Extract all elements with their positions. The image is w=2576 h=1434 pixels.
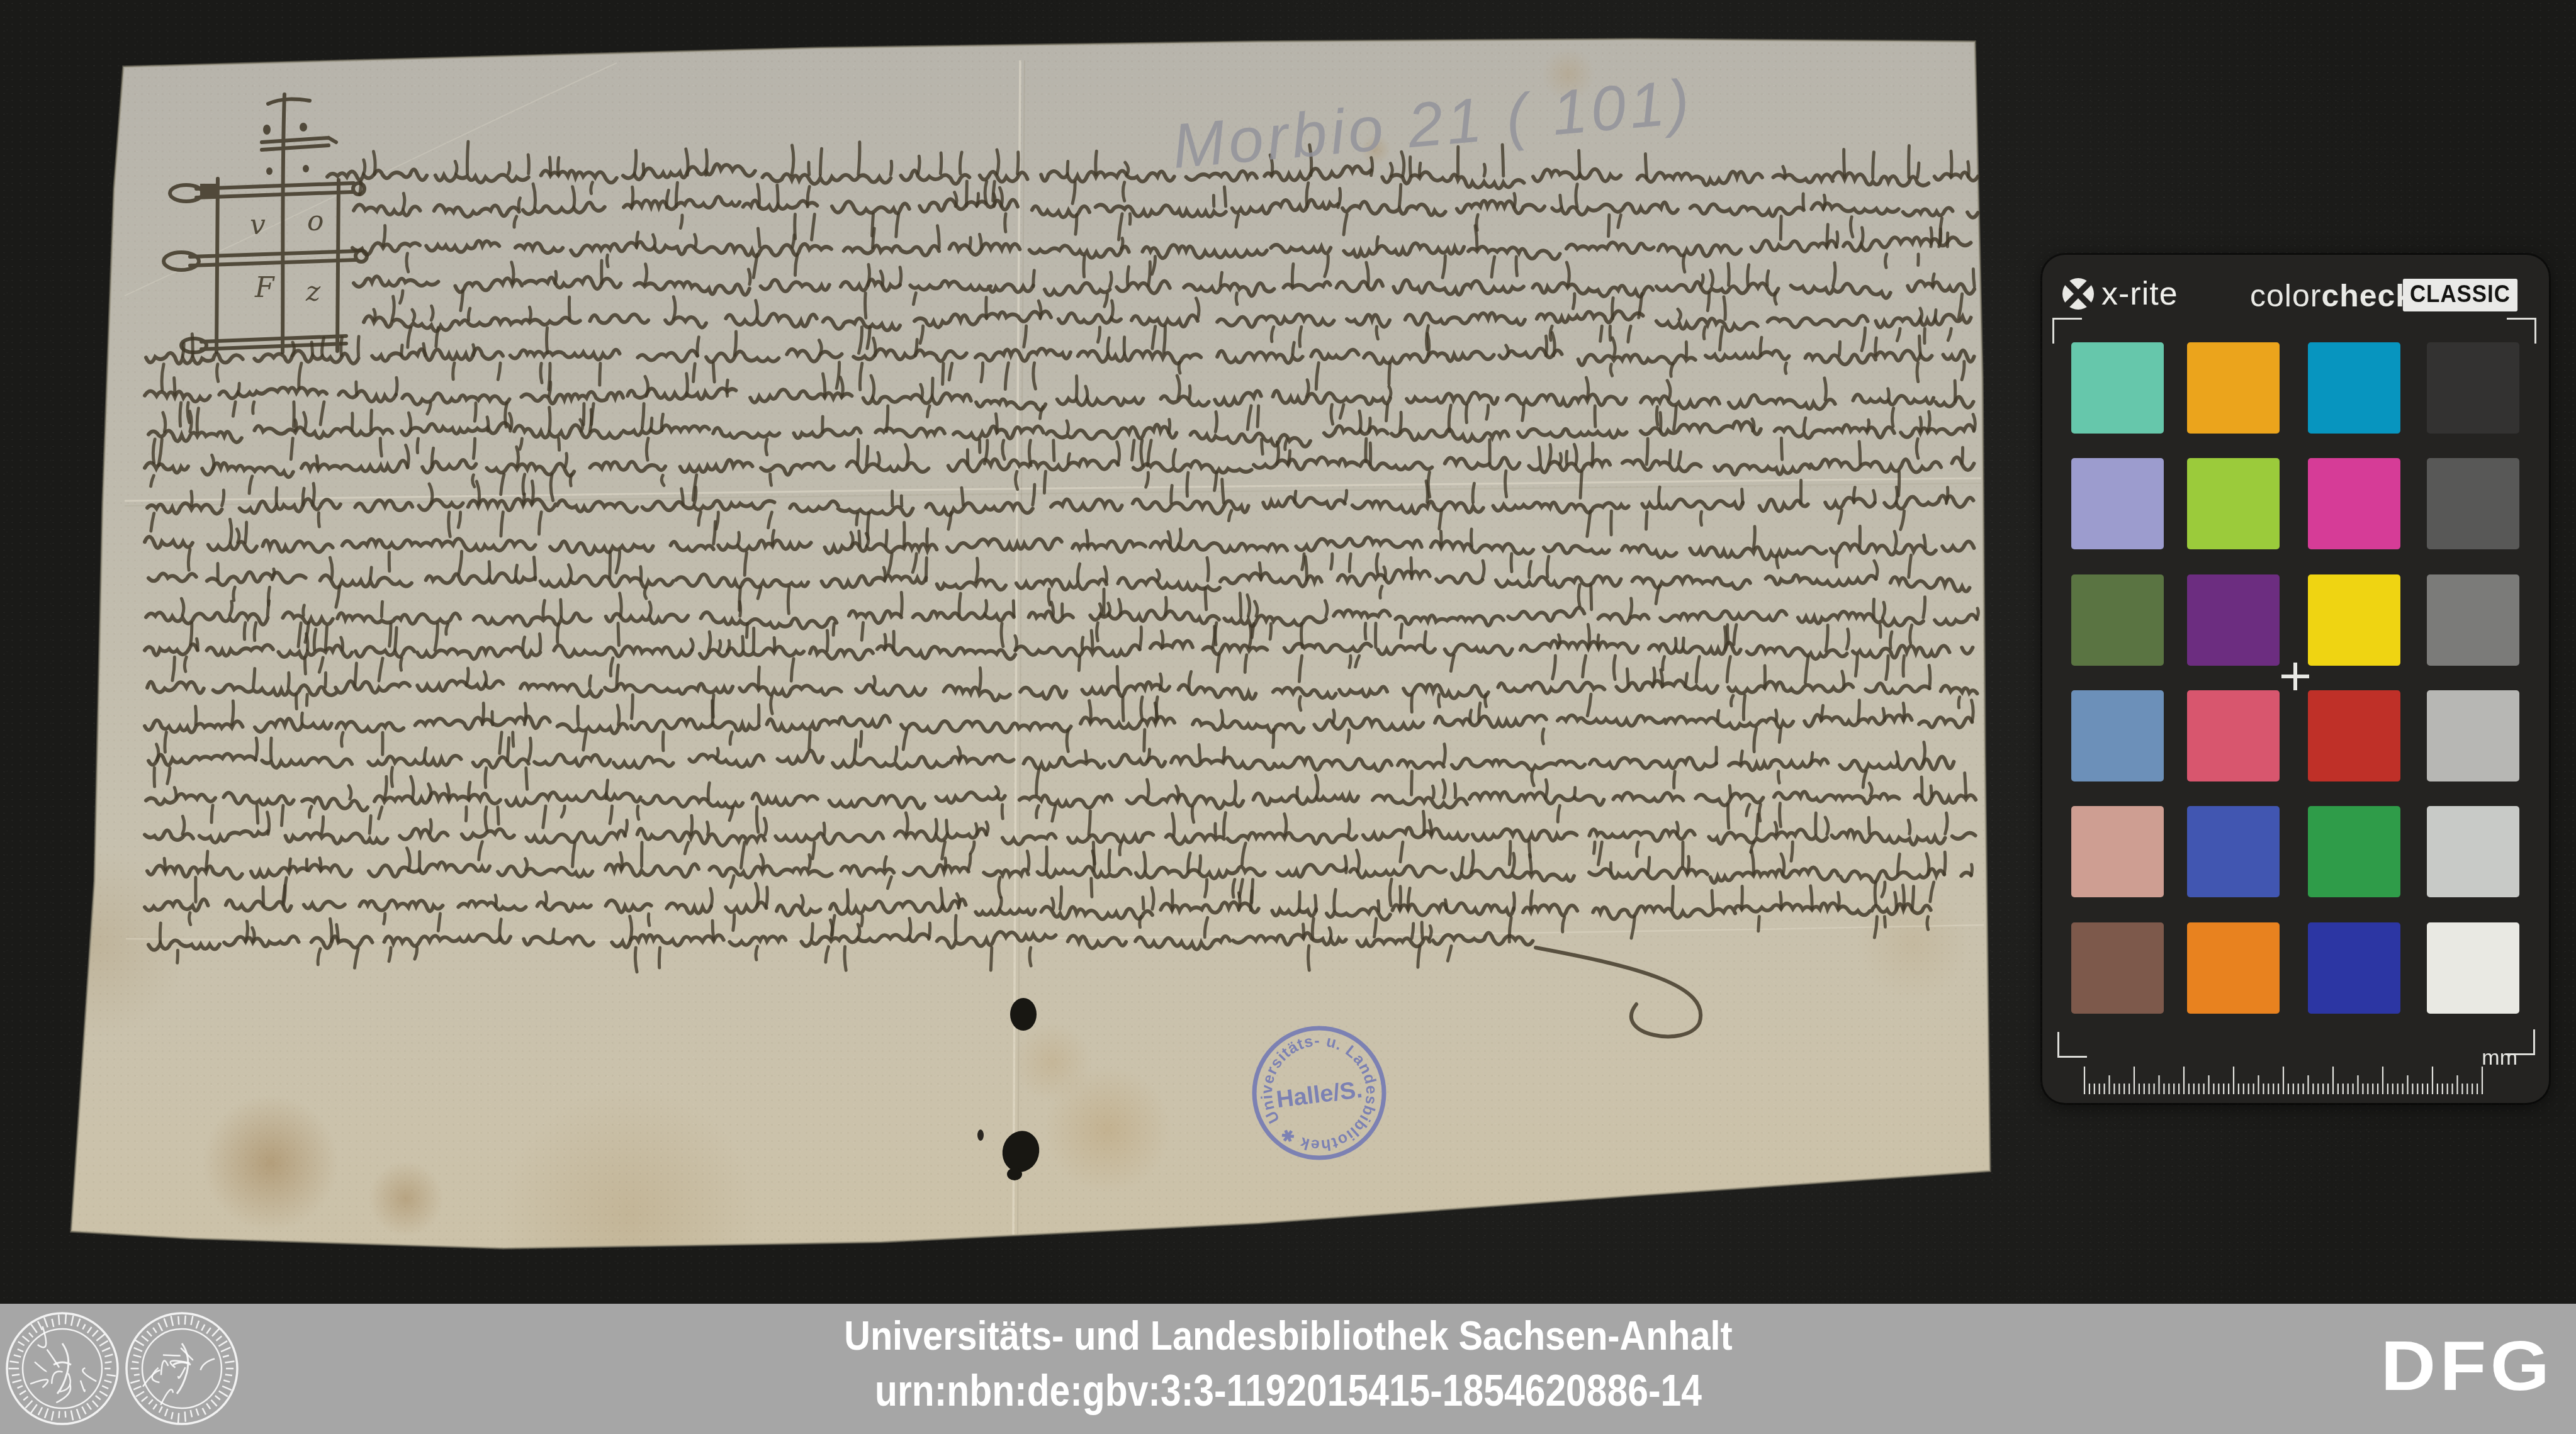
seal-detail	[77, 1319, 80, 1327]
notary-mark: v o F z	[164, 94, 367, 352]
seal-detail	[211, 1400, 217, 1406]
seal-detail	[165, 1409, 167, 1416]
seal-detail	[82, 1325, 85, 1330]
footer-bar: Universitäts- und Landesbibliothek Sachs…	[0, 1304, 2576, 1434]
seal-detail	[142, 1396, 148, 1401]
script-line	[149, 422, 1974, 447]
seal-detail	[96, 1334, 104, 1341]
seal-detail	[219, 1391, 228, 1397]
script-line	[146, 791, 1976, 810]
seal-detail	[77, 1409, 81, 1419]
footer-urn: urn:nbn:de:gbv:3:3-1192015415-1854620886…	[875, 1365, 1702, 1416]
seal-detail	[14, 1355, 21, 1357]
seal-detail	[23, 1336, 30, 1342]
color-patch	[2187, 922, 2280, 1014]
seal-detail	[38, 1321, 42, 1330]
script-line	[149, 932, 1701, 1036]
seal-detail	[71, 1316, 73, 1326]
seal-detail	[134, 1374, 140, 1375]
seal-detail	[130, 1381, 140, 1383]
seal-detail	[82, 1368, 96, 1381]
classic-badge: CLASSIC	[2403, 279, 2517, 311]
seal-detail	[30, 1379, 48, 1387]
seal-detail	[31, 1404, 37, 1413]
seal-detail	[200, 1358, 215, 1370]
script-line	[352, 237, 1971, 259]
footer-institution: Universitäts- und Landesbibliothek Sachs…	[844, 1313, 1732, 1359]
color-patch	[2427, 922, 2519, 1014]
seal-detail	[82, 1407, 86, 1414]
script-line	[354, 197, 1978, 218]
color-patch	[2308, 690, 2400, 781]
seal-detail	[31, 1325, 37, 1333]
color-patch	[2308, 922, 2400, 1014]
color-patch	[2071, 574, 2164, 666]
seal-detail	[12, 1374, 20, 1375]
seal-detail	[185, 1316, 186, 1325]
notary-letter: v	[250, 209, 266, 241]
color-patch	[2187, 806, 2280, 897]
script-line	[146, 348, 1974, 365]
seal-detail	[52, 1319, 54, 1327]
color-patch	[2308, 342, 2400, 434]
script-line	[354, 276, 1974, 298]
seal-detail	[142, 1329, 222, 1408]
stamp-center-text: Halle/S.	[1275, 1077, 1364, 1113]
xrite-brand-label: x-rite	[2101, 275, 2178, 313]
script-line	[145, 537, 1974, 559]
color-patch	[2308, 806, 2400, 897]
seal-detail	[178, 1367, 185, 1378]
seal-detail	[196, 1321, 199, 1328]
seal-detail	[178, 1413, 179, 1423]
seal-detail	[127, 1313, 237, 1424]
script-line	[145, 827, 1976, 846]
seal-detail	[18, 1386, 23, 1388]
seal-detail	[164, 1318, 167, 1327]
dfg-logo: DFG	[2380, 1325, 2553, 1406]
seal-detail	[132, 1362, 139, 1362]
seal-detail	[206, 1328, 211, 1333]
script-line-strokes	[164, 847, 1972, 905]
seal-detail	[212, 1328, 220, 1336]
script-line	[145, 388, 1974, 410]
seal-detail	[222, 1386, 232, 1390]
seal-detail	[59, 1314, 59, 1325]
script-line	[327, 164, 1978, 189]
seal-detail	[23, 1329, 102, 1408]
seal-detail	[201, 1325, 205, 1331]
seal-detail	[65, 1411, 66, 1418]
seal-detail	[87, 1327, 92, 1333]
seal-detail	[35, 1362, 47, 1371]
seal-detail	[133, 1386, 141, 1389]
color-patch	[2071, 342, 2164, 434]
seal-detail	[225, 1362, 234, 1363]
seal-detail	[163, 1355, 181, 1355]
seal-detail	[153, 1328, 157, 1333]
color-patch	[2071, 806, 2164, 897]
color-checker-card: x-rite colorchecker CLASSIC mm	[2042, 255, 2549, 1103]
seal-detail	[218, 1341, 227, 1346]
seal-detail	[196, 1409, 199, 1416]
scan-stage: v o F z Morbio 21 ( 101) Universitäts- u…	[0, 0, 2576, 1434]
seal-detail	[81, 1381, 85, 1391]
color-patch	[2071, 922, 2164, 1014]
seal-detail	[135, 1340, 143, 1346]
seal-detail	[191, 1410, 192, 1417]
seal-detail	[106, 1375, 115, 1376]
seal-detail	[65, 1314, 66, 1325]
script-line-strokes	[160, 916, 1451, 972]
color-patch	[2308, 574, 2400, 666]
color-patch	[2071, 690, 2164, 781]
color-patch	[2427, 806, 2519, 897]
seal-detail	[134, 1348, 142, 1352]
seal-detail	[159, 1406, 162, 1413]
seal-detail	[153, 1404, 157, 1409]
script-line-strokes	[218, 556, 1877, 614]
script-line	[145, 899, 1931, 920]
seal-detail	[147, 1331, 152, 1336]
seal-detail	[142, 1336, 149, 1342]
color-patch	[2187, 690, 2280, 781]
seal-detail	[191, 1316, 193, 1325]
seal-detail	[178, 1316, 179, 1325]
seal-detail	[71, 1411, 73, 1421]
seal-detail	[93, 1401, 98, 1407]
script-line	[147, 496, 1974, 515]
mm-ruler	[2067, 1040, 2527, 1098]
ruler-unit-label: mm	[2482, 1046, 2517, 1070]
footer-text-block: Universitäts- und Landesbibliothek Sachs…	[794, 1304, 1781, 1434]
seal-detail	[7, 1313, 118, 1424]
seal-detail	[105, 1362, 112, 1362]
seal-detail	[215, 1396, 220, 1400]
seal-detail	[13, 1380, 22, 1382]
color-patch	[2071, 458, 2164, 549]
seal-detail	[87, 1403, 91, 1409]
xrite-logo-icon	[2061, 277, 2095, 311]
notary-letter: z	[305, 276, 321, 308]
seal-detail	[223, 1355, 229, 1357]
colorchecker-title-light: color	[2250, 278, 2321, 313]
crop-mark-top-left	[2052, 318, 2082, 344]
crop-mark-top-right	[2507, 318, 2536, 344]
seal-detail	[20, 1391, 26, 1394]
seal-detail	[225, 1374, 232, 1375]
color-patch	[2308, 458, 2400, 549]
manuscript-text-lines	[145, 142, 1978, 1036]
seal-detail	[99, 1341, 108, 1346]
university-seal-icon	[3, 1309, 122, 1428]
seal-detail	[18, 1349, 23, 1352]
seal-detail	[59, 1411, 60, 1418]
seal-detail	[206, 1403, 210, 1409]
seal-detail	[18, 1342, 25, 1345]
script-line	[364, 311, 1971, 331]
seal-detail	[133, 1355, 142, 1357]
parchment-holes	[977, 998, 1044, 1180]
color-patch	[2427, 342, 2519, 434]
seal-detail	[160, 1389, 173, 1405]
seal-detail	[38, 1407, 42, 1414]
seal-detail	[99, 1391, 108, 1396]
color-patch	[2427, 690, 2519, 781]
seal-detail	[223, 1381, 230, 1382]
seal-detail	[216, 1336, 222, 1341]
seal-detail	[102, 1348, 110, 1352]
color-patch	[2427, 458, 2519, 549]
center-cross-mark	[2281, 663, 2309, 690]
university-seal-icon	[122, 1309, 242, 1428]
seal-detail	[221, 1347, 230, 1352]
seal-detail	[171, 1316, 173, 1326]
seal-detail	[136, 1391, 144, 1396]
seal-detail	[149, 1399, 153, 1404]
notary-letter: F	[254, 272, 275, 304]
seal-detail	[158, 1323, 162, 1331]
seal-detail	[29, 1333, 33, 1337]
seal-detail	[104, 1355, 113, 1357]
seal-detail	[52, 1411, 53, 1421]
script-line	[149, 751, 1954, 771]
parchment-edge	[71, 39, 1990, 1248]
script-line	[145, 715, 1972, 734]
color-patch	[2187, 574, 2280, 666]
seal-detail	[23, 1396, 28, 1400]
seal-detail	[25, 1401, 32, 1408]
seal-detail	[52, 1371, 62, 1384]
color-patch	[2427, 574, 2519, 666]
pencil-inscription: Morbio 21 ( 101)	[1169, 66, 1696, 182]
seal-detail	[44, 1318, 47, 1327]
seal-detail	[185, 1411, 186, 1421]
seal-detail	[96, 1396, 101, 1399]
seal-detail	[171, 1412, 172, 1419]
script-line	[149, 570, 1969, 591]
script-line-strokes	[174, 773, 1966, 832]
seal-detail	[104, 1381, 112, 1382]
seal-detail	[173, 1343, 191, 1394]
notary-letter: o	[307, 205, 324, 237]
seal-detail	[47, 1350, 60, 1368]
script-line	[145, 457, 1974, 478]
seal-detail	[161, 1361, 168, 1375]
seal-detail	[93, 1330, 98, 1336]
xrite-brand: x-rite	[2061, 275, 2178, 313]
color-patch	[2187, 342, 2280, 434]
color-patch	[2187, 458, 2280, 549]
seal-detail	[102, 1386, 108, 1388]
library-stamp: Universitäts- u. Landesbibliothek ✱ Hall…	[1234, 1007, 1405, 1179]
seal-detail	[45, 1408, 48, 1418]
seal-detail	[203, 1408, 206, 1414]
seal-detail	[9, 1362, 18, 1363]
script-line	[147, 680, 1977, 700]
